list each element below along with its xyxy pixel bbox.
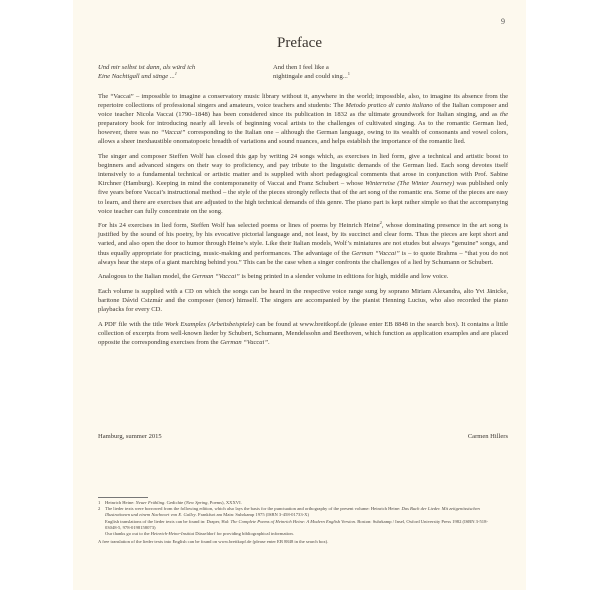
paragraph-1: The “Vaccai” – impossible to imagine a c… [98,92,508,147]
emphasis-text: German “Vaccai” [352,250,400,257]
epigraph-english-text: nightingale and could sing... [273,73,348,80]
epigraph-english-line-1: And then I feel like a [273,63,350,72]
footnote-ref: 1 [348,71,350,76]
footnotes: 1 Heinrich Heine: Neuer Frühling. Gedich… [98,500,498,545]
epigraph-german: Und mir selbst ist dann, als würd ich Ei… [98,63,195,81]
emphasis-text: the [500,111,508,118]
page-number: 9 [501,17,505,26]
emphasis-text: German “Vaccai” [192,273,240,280]
footnote-text: The lieder texts were borrowed from the … [105,506,498,518]
emphasis-text: the [358,111,366,118]
emphasis-text: Heinrich-Heine-Institut [151,531,194,536]
epigraph-german-line-2: Eine Nachtigall und sänge ...1 [98,72,195,81]
paragraph-6: A PDF file with the title Work Examples … [98,320,508,347]
place-and-date: Hamburg, summer 2015 [98,433,162,440]
paragraph-4: Analogous to the Italian model, the Germ… [98,272,508,281]
emphasis-text: German “Vaccai” [220,339,268,346]
footnote-number: 2 [98,506,100,512]
footnote-2: 2 The lieder texts were borrowed from th… [98,506,498,537]
page-title: Preface [73,35,526,52]
document-page: 9 Preface Und mir selbst ist dann, als w… [73,0,526,590]
footnote-divider [98,497,148,498]
emphasis-text: “Vaccai” [161,129,186,136]
paragraph-3: For his 24 exercises in lied form, Steff… [98,221,508,266]
author-name: Carmen Hillers [468,433,508,440]
epigraph-german-text: Eine Nachtigall und sänge ... [98,73,175,80]
emphasis-text: Das Buch der Lieder. Mit zeitgenössische… [105,506,480,517]
emphasis-text: Winterreise (The Winter Journey) [365,180,454,187]
paragraph-2: The singer and composer Steffen Wolf has… [98,152,508,216]
emphasis-text: New Spring [186,500,208,505]
footnote-ref: 1 [175,71,177,76]
emphasis-text: Neuer Frühling [136,500,165,505]
emphasis-text: Metodo pratico di canto italiano [346,102,433,109]
footnote-translation-note: A free translation of the lieder texts i… [98,539,498,545]
epigraph-english-line-2: nightingale and could sing...1 [273,72,350,81]
epigraph-german-line-1: Und mir selbst ist dann, als würd ich [98,63,195,72]
preface-body: The “Vaccai” – impossible to imagine a c… [98,92,508,352]
footnote-text: Our thanks go out to the Heinrich-Heine-… [105,531,498,537]
footnote-ref: 2 [380,220,382,225]
emphasis-text: Work Examples (Arbeitsbeispiele) [165,321,255,328]
footnote-text: English translations of the lieder texts… [105,519,498,531]
epigraph-english: And then I feel like a nightingale and c… [273,63,350,81]
paragraph-5: Each volume is supplied with a CD on whi… [98,287,508,314]
emphasis-text: The Complete Poems of Heinrich Heine: A … [230,519,354,524]
